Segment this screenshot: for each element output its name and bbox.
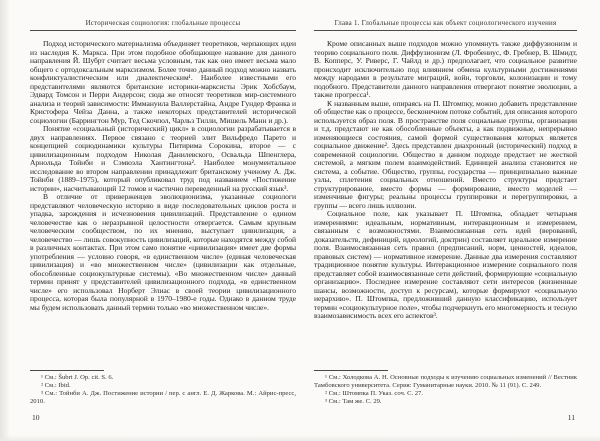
footnote: ¹ См.: Холодкова А. Н. Основные подходы … [314, 374, 577, 390]
right-page-body: Кроме описанных выше подходов можно упом… [314, 40, 577, 321]
paragraph: Подход исторического материализма объеди… [30, 40, 296, 125]
running-head-right: Глава 1. Глобальные процессы как объект … [314, 16, 577, 31]
right-page-footnotes: ¹ См.: Холодкова А. Н. Основные подходы … [314, 367, 577, 406]
paragraph: Понятие «социальный (исторический) цикл»… [30, 125, 296, 193]
running-head-left: Историческая социология: глобальные проц… [30, 16, 296, 31]
footnote: ¹ См.: Šubrt J. Op. cit. S. 6. [30, 374, 296, 382]
footnote: ³ См.: Там же. С. 29. [314, 398, 577, 406]
footnote: ² См.: Ibid. [30, 382, 296, 390]
spacer [30, 312, 296, 367]
right-page: Глава 1. Глобальные процессы как объект … [314, 16, 577, 422]
paragraph: В отличие от приверженцев эволюционизма,… [30, 193, 296, 312]
page-number-right: 11 [568, 413, 575, 422]
paragraph: Кроме описанных выше подходов можно упом… [314, 40, 577, 100]
left-page-body: Подход исторического материализма объеди… [30, 40, 296, 312]
paragraph: Социальное поле, как указывает П. Штомпк… [314, 210, 577, 321]
paragraph: К названным выше, опираясь на П. Штомпку… [314, 100, 577, 211]
scan-edge-shading-bottom [0, 435, 600, 441]
footnote-divider [314, 370, 388, 371]
footnote: ² См.: Штомпка П. Указ. соч. С. 27. [314, 390, 577, 398]
left-page: Историческая социология: глобальные проц… [30, 16, 296, 422]
left-page-footnotes: ¹ См.: Šubrt J. Op. cit. S. 6. ² См.: Ib… [30, 367, 296, 406]
page-number-left: 10 [32, 413, 40, 422]
footnote-divider [30, 370, 104, 371]
footnote: ³ См.: Тойнби А. Дж. Постижение истории … [30, 390, 296, 406]
spacer [314, 321, 577, 368]
scan-edge-shading [0, 0, 10, 441]
